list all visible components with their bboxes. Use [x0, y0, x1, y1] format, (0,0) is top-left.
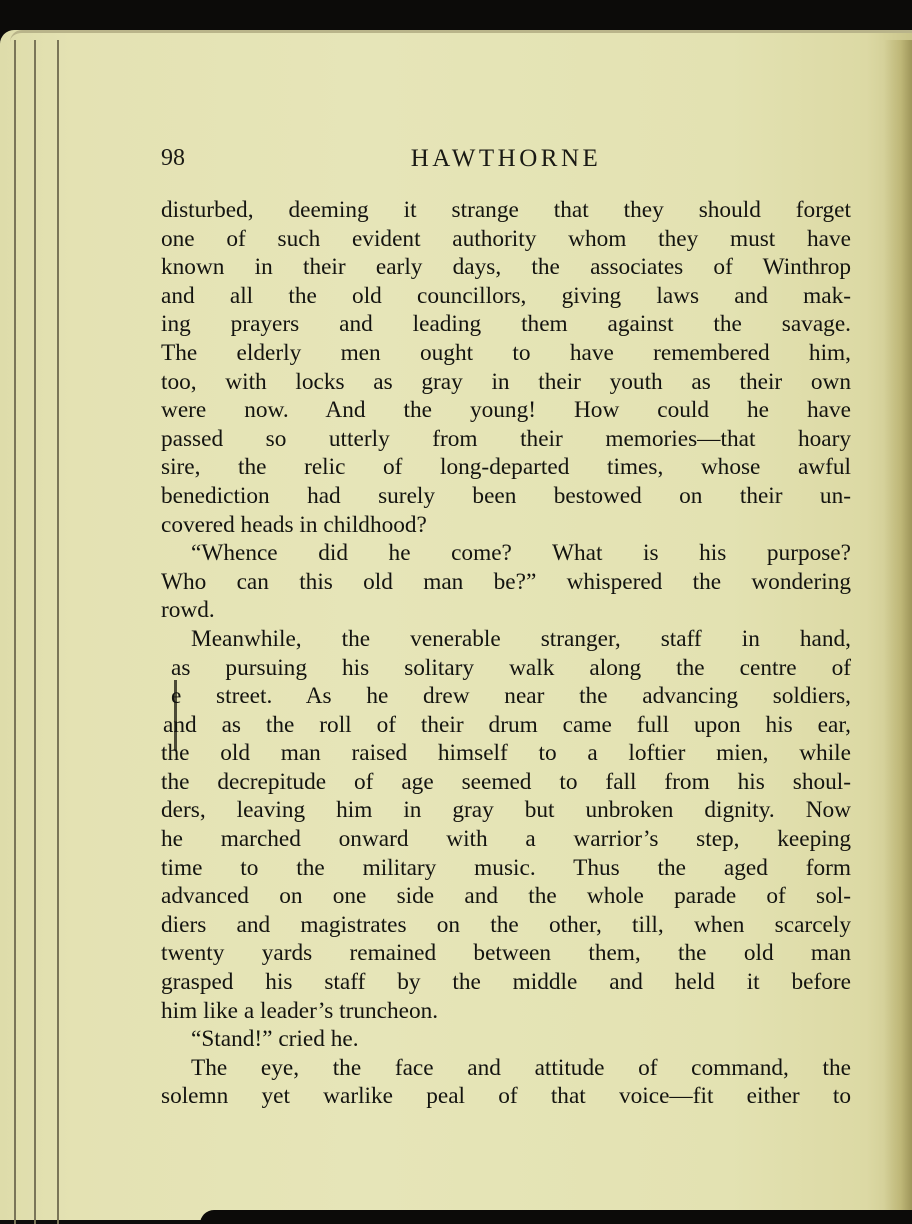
text-line: passed so utterly from their memories—th… — [161, 425, 851, 454]
scan-bottom-border — [200, 1210, 912, 1224]
text-line: The eye, the face and attitude of comman… — [161, 1054, 851, 1083]
binding-line — [57, 40, 59, 1224]
text-line: and all the old councillors, giving laws… — [161, 282, 851, 311]
text-line: he marched onward with a warrior’s step,… — [161, 825, 851, 854]
text-line: twenty yards remained between them, the … — [161, 939, 851, 968]
binding-line — [14, 40, 16, 1224]
text-line: e street. As he drew near the advancing … — [161, 682, 851, 711]
book-cover-edge — [10, 30, 912, 43]
text-line: grasped his staff by the middle and held… — [161, 968, 851, 997]
text-line: disturbed, deeming it strange that they … — [161, 196, 851, 225]
text-line: sire, the relic of long-departed times, … — [161, 453, 851, 482]
text-line: ing prayers and leading them against the… — [161, 310, 851, 339]
text-line: known in their early days, the associate… — [161, 253, 851, 282]
text-line: and as the roll of their drum came full … — [161, 711, 851, 740]
text-line: diers and magistrates on the other, till… — [161, 911, 851, 940]
text-line: one of such evident authority whom they … — [161, 225, 851, 254]
text-line: The elderly men ought to have remembered… — [161, 339, 851, 368]
text-line: Meanwhile, the venerable stranger, staff… — [161, 625, 851, 654]
page-gutter-shadow — [884, 40, 912, 1220]
text-line: solemn yet warlike peal of that voice—fi… — [161, 1082, 851, 1111]
page-header: 98 HAWTHORNE — [161, 145, 851, 181]
body-text: disturbed, deeming it strange that they … — [161, 196, 851, 1111]
text-line: “Whence did he come? What is his purpose… — [161, 539, 851, 568]
text-line: ders, leaving him in gray but unbroken d… — [161, 796, 851, 825]
text-line: too, with locks as gray in their youth a… — [161, 368, 851, 397]
running-head: HAWTHORNE — [161, 145, 851, 173]
text-line: as pursuing his solitary walk along the … — [161, 654, 851, 683]
text-line: time to the military music. Thus the age… — [161, 854, 851, 883]
text-line: “Stand!” cried he. — [161, 1025, 851, 1054]
binding-line — [34, 40, 36, 1224]
text-line: advanced on one side and the whole parad… — [161, 882, 851, 911]
text-line: the old man raised himself to a loftier … — [161, 739, 851, 768]
text-line: were now. And the young! How could he ha… — [161, 396, 851, 425]
text-line: him like a leader’s truncheon. — [161, 997, 851, 1026]
text-line: Who can this old man be?” whispered the … — [161, 568, 851, 597]
text-line: rowd. — [161, 596, 851, 625]
text-line: the decrepitude of age seemed to fall fr… — [161, 768, 851, 797]
text-line: covered heads in childhood? — [161, 511, 851, 540]
text-line: benediction had surely been bestowed on … — [161, 482, 851, 511]
